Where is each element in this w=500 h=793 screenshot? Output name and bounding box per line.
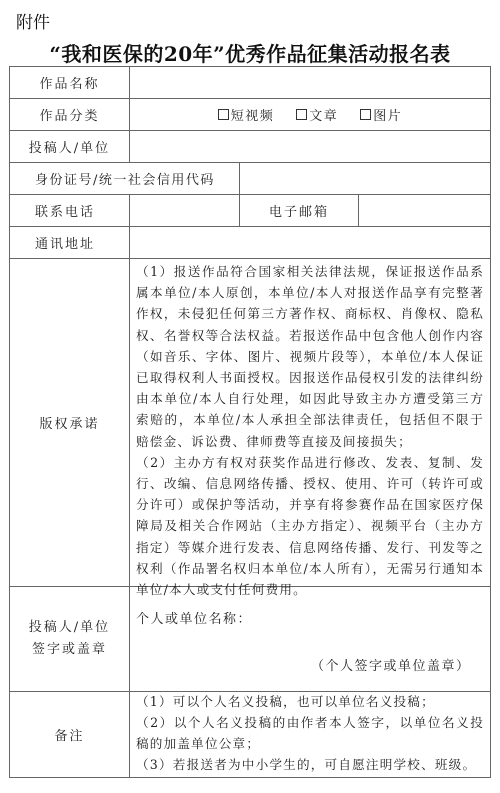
page-title: “我和医保的20年”优秀作品征集活动报名表 [0, 38, 500, 67]
table-border-right [490, 66, 491, 778]
attachment-label: 附件 [16, 8, 50, 33]
submitter-field[interactable] [130, 131, 490, 162]
category-option-short-video[interactable]: 短视频 [218, 105, 275, 124]
category-option-image[interactable]: 图片 [360, 105, 402, 124]
checkbox-icon[interactable] [360, 109, 371, 120]
category-option-label: 短视频 [231, 105, 275, 124]
category-option-label: 图片 [373, 105, 402, 124]
remark-item: （1）可以个人名义投稿，也可以单位名义投稿； [136, 691, 484, 712]
copyright-pledge-text: （1）报送作品符合国家相关法律法规，保证报送作品系属本单位/本人原创，本单位/本… [136, 261, 484, 600]
work-name-field[interactable] [130, 67, 490, 98]
signature-label-line2: 签字或盖章 [32, 639, 107, 661]
signature-label-line1: 投稿人/单位 [29, 617, 110, 639]
address-field[interactable] [130, 227, 490, 258]
work-category-label: 作品分类 [10, 99, 129, 130]
id-number-label: 身份证号/统一社会信用代码 [10, 163, 239, 194]
email-field[interactable] [359, 195, 490, 226]
id-number-field[interactable] [240, 163, 490, 194]
remark-item: （2）以个人名义投稿的由作者本人签字，以单位名义投稿的加盖单位公章； [136, 712, 484, 754]
submitter-label: 投稿人/单位 [10, 131, 129, 162]
work-name-label: 作品名称 [10, 67, 129, 98]
email-label: 电子邮箱 [240, 195, 358, 226]
copyright-clause-1: （1）报送作品符合国家相关法律法规，保证报送作品系属本单位/本人原创，本单位/本… [136, 261, 484, 452]
copyright-pledge-label: 版权承诺 [10, 259, 129, 586]
address-label: 通讯地址 [10, 227, 129, 258]
checkbox-icon[interactable] [218, 109, 229, 120]
remarks-label: 备注 [10, 692, 129, 777]
category-option-label: 文章 [309, 105, 338, 124]
copyright-clause-2: （2）主办方有权对获奖作品进行修改、发表、复制、发行、改编、信息网络传播、授权、… [136, 452, 484, 600]
phone-label: 联系电话 [10, 195, 129, 226]
phone-field[interactable] [130, 195, 239, 226]
category-options: 短视频 文章 图片 [130, 99, 490, 130]
checkbox-icon[interactable] [296, 109, 307, 120]
signature-stamp-note: （个人签字或单位盖章） [311, 655, 471, 674]
signature-label: 投稿人/单位 签字或盖章 [10, 587, 129, 691]
signature-field[interactable] [130, 587, 490, 691]
remark-item: （3）若报送者为中小学生的，可自愿注明学校、班级。 [136, 754, 484, 775]
category-option-article[interactable]: 文章 [296, 105, 338, 124]
remarks-text: （1）可以个人名义投稿，也可以单位名义投稿； （2）以个人名义投稿的由作者本人签… [136, 691, 484, 775]
table-border-bottom [9, 777, 491, 778]
col-divider [129, 226, 130, 778]
